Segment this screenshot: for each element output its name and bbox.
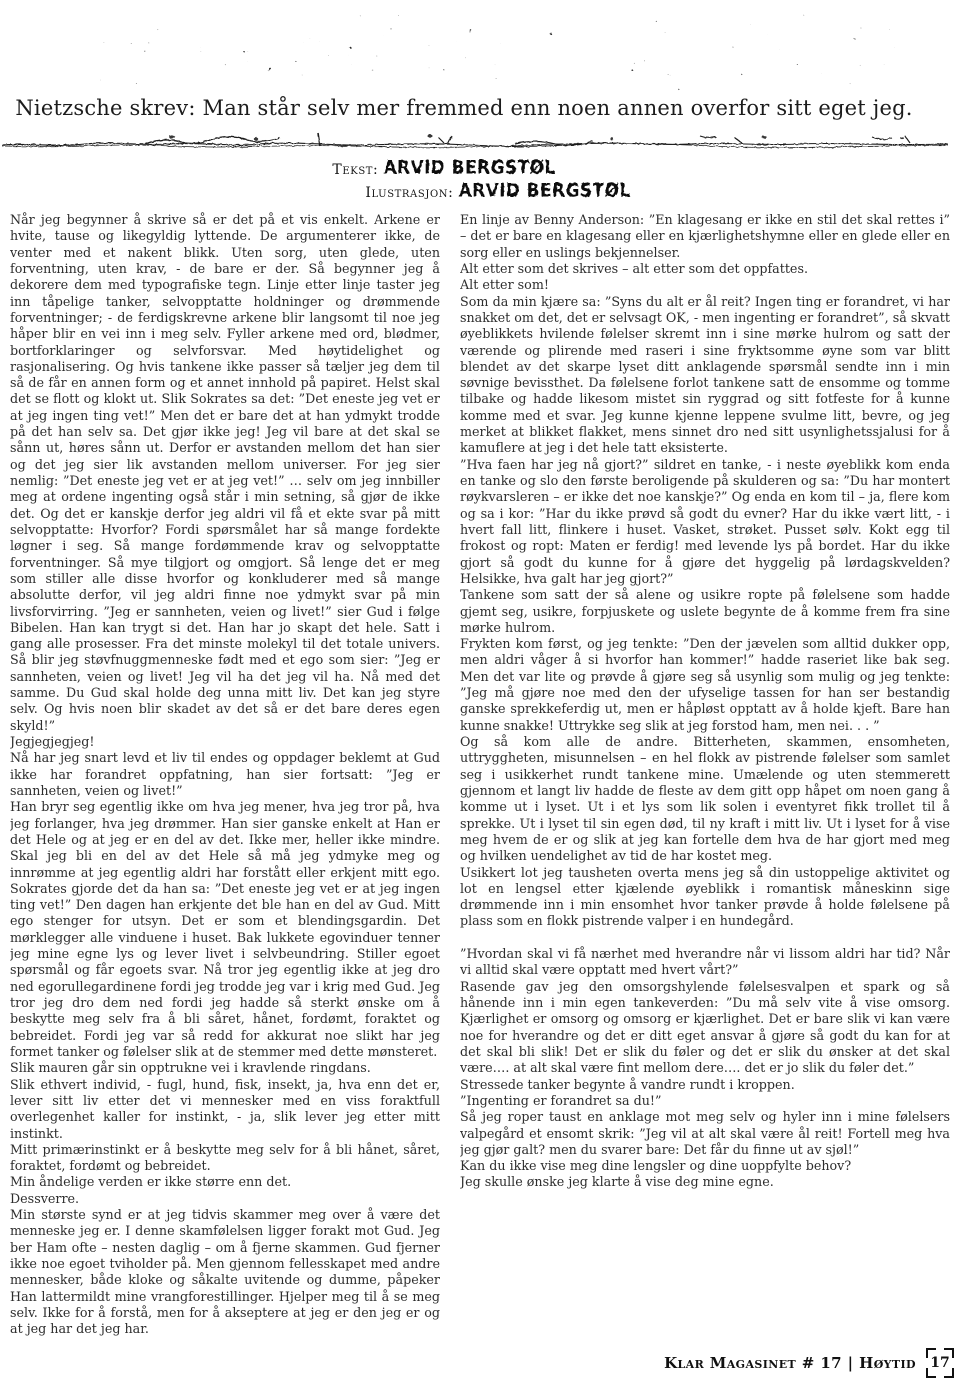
page-subtitle: Nietzsche skrev: Man står selv mer fremm…: [0, 96, 928, 120]
paragraph: Slik ethvert individ, - fugl, hund, fisk…: [10, 1077, 440, 1142]
paragraph: Stressede tanker begynte å vandre rundt …: [460, 1077, 950, 1093]
paragraph: Og så kom alle de andre. Bitterheten, sk…: [460, 734, 950, 865]
byline-text-row: Tekst: ARVID BERGSTØL: [0, 158, 924, 181]
paragraph: ”Hvordan skal vi få nærhet med hverandre…: [460, 946, 950, 979]
page-title-banner: INNRAMMET AV ORD: [0, 0, 960, 104]
byline-illustration-name: ARVID BERGSTØL: [459, 179, 631, 203]
paragraph: Jeg skulle ønske jeg klarte å vise deg m…: [460, 1174, 950, 1190]
paragraph: Nå har jeg snart levd et liv til endes o…: [10, 750, 440, 799]
paragraph: Kan du ikke vise meg dine lengsler og di…: [460, 1158, 950, 1174]
paragraph: Som da min kjære sa: ”Syns du alt er ål …: [460, 294, 950, 457]
paragraph: ”Hva faen har jeg nå gjort?” sildret en …: [460, 457, 950, 588]
paragraph: Slik mauren går sin opptrukne vei i krav…: [10, 1060, 440, 1076]
paragraph: Tankene som satt der så alene og usikre …: [460, 587, 950, 636]
frame-corner-icon: [926, 1368, 936, 1378]
paragraph: Alt etter som det skrives – alt etter so…: [460, 261, 950, 277]
paragraph: Min åndelige verden er ikke større enn d…: [10, 1174, 440, 1190]
paragraph: Han bryr seg egentlig ikke om hva jeg me…: [10, 799, 440, 1060]
paragraph: ”Ingenting er forandret sa du!”: [460, 1093, 950, 1109]
page-number-frame: 17: [926, 1348, 954, 1378]
paragraph: Min største synd er at jeg tidvis skamme…: [10, 1207, 440, 1338]
article-column-left: Når jeg begynner å skrive så er det på e…: [10, 212, 440, 1344]
paragraph: Dessverre.: [10, 1191, 440, 1207]
ink-scribble-decoration: [0, 130, 952, 156]
frame-corner-icon: [926, 1348, 936, 1358]
paragraph: Alt etter som!: [460, 277, 950, 293]
magazine-page: INNRAMMET AV ORD Nietzsche skrev: Man st…: [0, 0, 960, 1384]
paragraph: Når jeg begynner å skrive så er det på e…: [10, 212, 440, 734]
page-title: INNRAMMET AV ORD: [92, 0, 900, 104]
paragraph: En linje av Benny Anderson: ”En klagesan…: [460, 212, 950, 261]
paragraph: Frykten kom først, og jeg tenkte: ”Den d…: [460, 636, 950, 734]
magazine-credit: Klar Magasinet # 17 | Høytid: [664, 1354, 916, 1372]
page-footer: Klar Magasinet # 17 | Høytid 17: [664, 1348, 954, 1378]
paragraph: Mitt primærinstinkt er å beskytte meg se…: [10, 1142, 440, 1175]
paragraph: Jegjegjegjeg!: [10, 734, 440, 750]
byline: Tekst: ARVID BERGSTØL Ilustrasjon: ARVID…: [0, 158, 960, 204]
frame-corner-icon: [944, 1368, 954, 1378]
article-column-right: En linje av Benny Anderson: ”En klagesan…: [460, 212, 950, 1344]
paragraph: Usikkert lot jeg tausheten overta mens j…: [460, 865, 950, 930]
byline-text-name: ARVID BERGSTØL: [383, 156, 555, 180]
byline-text-label: Tekst:: [332, 162, 378, 178]
byline-illustration-row: Ilustrasjon: ARVID BERGSTØL: [18, 181, 960, 204]
byline-illustration-label: Ilustrasjon:: [365, 185, 453, 201]
paragraph-spacer: [460, 930, 950, 946]
paragraph: Så jeg roper taust en anklage mot meg se…: [460, 1109, 950, 1158]
frame-corner-icon: [944, 1348, 954, 1358]
paragraph: Rasende gav jeg den omsorgshylende følel…: [460, 979, 950, 1077]
